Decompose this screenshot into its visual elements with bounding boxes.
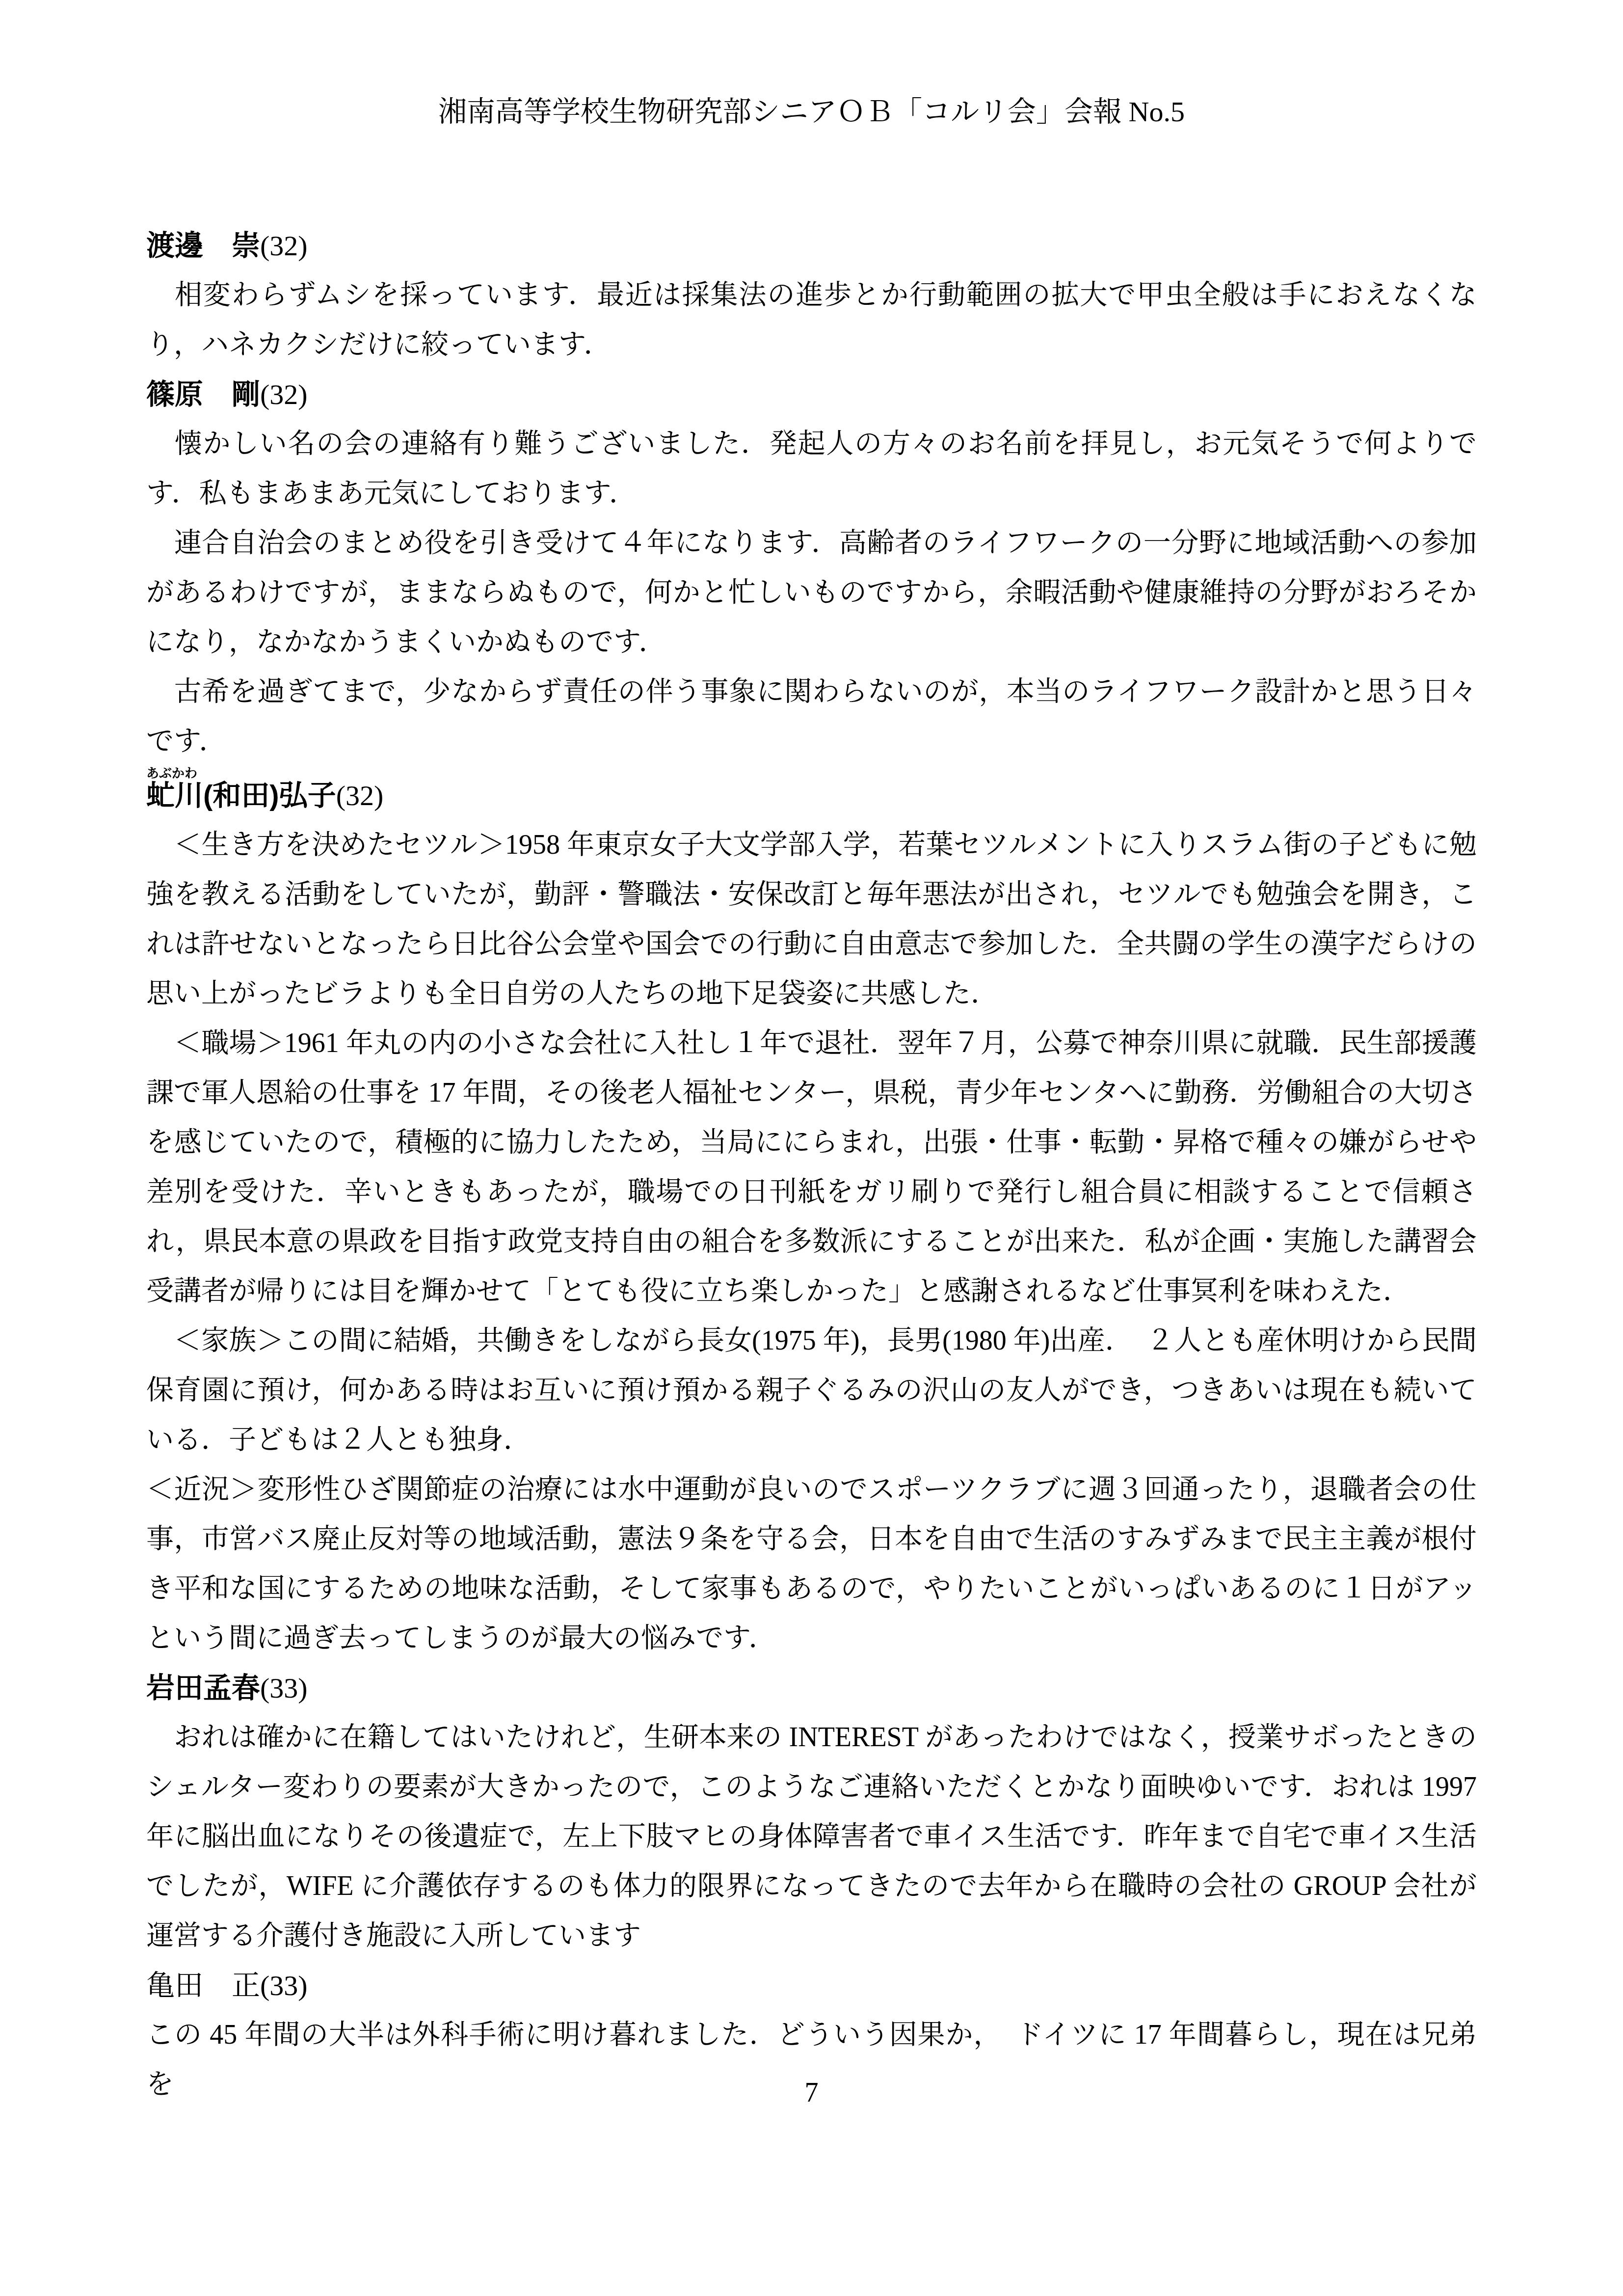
paragraph: ＜近況＞変形性ひざ関節症の治療には水中運動が良いのでスポーツクラブに週３回通った… (146, 1465, 1477, 1663)
page-number: 7 (0, 2076, 1623, 2110)
document-body: 渡邊 崇(32) 相変わらずムシを採っています．最近は採集法の進歩とか行動範囲の… (0, 130, 1623, 2109)
section-heading: 篠原 剛(32) (146, 370, 1477, 419)
section-heading: 虻川あぶかわ(和田)弘子(32) (146, 766, 1477, 820)
paragraph: おれは確かに在籍してはいたけれど，生研本来の INTEREST があったわけでは… (146, 1713, 1477, 1961)
paragraph: 相変わらずムシを採っています．最近は採集法の進歩とか行動範囲の拡大で甲虫全般は手… (146, 270, 1477, 370)
paragraph: 懐かしい名の会の連絡有り難うございました．発起人の方々のお名前を拝見し，お元気そ… (146, 419, 1477, 518)
paragraph: ＜生き方を決めたセツル＞1958 年東京女子大文学部入学，若葉セツルメントに入り… (146, 820, 1477, 1019)
section-watanabe: 渡邊 崇(32) 相変わらずムシを採っています．最近は採集法の進歩とか行動範囲の… (146, 221, 1477, 370)
paragraph: 古希を過ぎてまで，少なからず責任の伴う事象に関わらないのが，本当のライフワーク設… (146, 667, 1477, 766)
paragraph: ＜家族＞この間に結婚，共働きをしながら長女(1975 年)，長男(1980 年)… (146, 1316, 1477, 1465)
document-page: 湘南高等学校生物研究部シニアＯＢ「コルリ会」会報 No.5 渡邊 崇(32) 相… (0, 0, 1623, 2296)
member-name: 渡邊 崇 (146, 230, 260, 262)
member-name: 篠原 剛 (146, 378, 260, 410)
member-class-year: (33) (260, 1970, 308, 2001)
section-shinohara: 篠原 剛(32) 懐かしい名の会の連絡有り難うございました．発起人の方々のお名前… (146, 370, 1477, 766)
member-name-ruby: 虻川あぶかわ (146, 780, 203, 811)
section-iwata: 岩田孟春(33) おれは確かに在籍してはいたけれど，生研本来の INTEREST… (146, 1663, 1477, 1961)
section-heading: 渡邊 崇(32) (146, 221, 1477, 270)
member-name: 岩田孟春 (146, 1672, 260, 1704)
member-class-year: (33) (260, 1672, 308, 1704)
paragraph: 連合自治会のまとめ役を引き受けて４年になります．高齢者のライフワークの一分野に地… (146, 518, 1477, 667)
member-class-year: (32) (260, 230, 308, 262)
paragraph: ＜職場＞1961 年丸の内の小さな会社に入社し１年で退社．翌年７月，公募で神奈川… (146, 1019, 1477, 1316)
member-name: 亀田 正 (146, 1970, 260, 2001)
section-heading: 亀田 正(33) (146, 1961, 1477, 2010)
member-name-furigana: あぶかわ (146, 766, 203, 781)
member-name-base: 虻川 (146, 780, 203, 811)
newsletter-header-title: 湘南高等学校生物研究部シニアＯＢ「コルリ会」会報 No.5 (0, 0, 1623, 130)
member-name: (和田)弘子 (203, 780, 336, 811)
section-abukawa: 虻川あぶかわ(和田)弘子(32) ＜生き方を決めたセツル＞1958 年東京女子大… (146, 766, 1477, 1663)
member-class-year: (32) (260, 378, 308, 410)
member-class-year: (32) (336, 780, 384, 811)
section-heading: 岩田孟春(33) (146, 1663, 1477, 1713)
